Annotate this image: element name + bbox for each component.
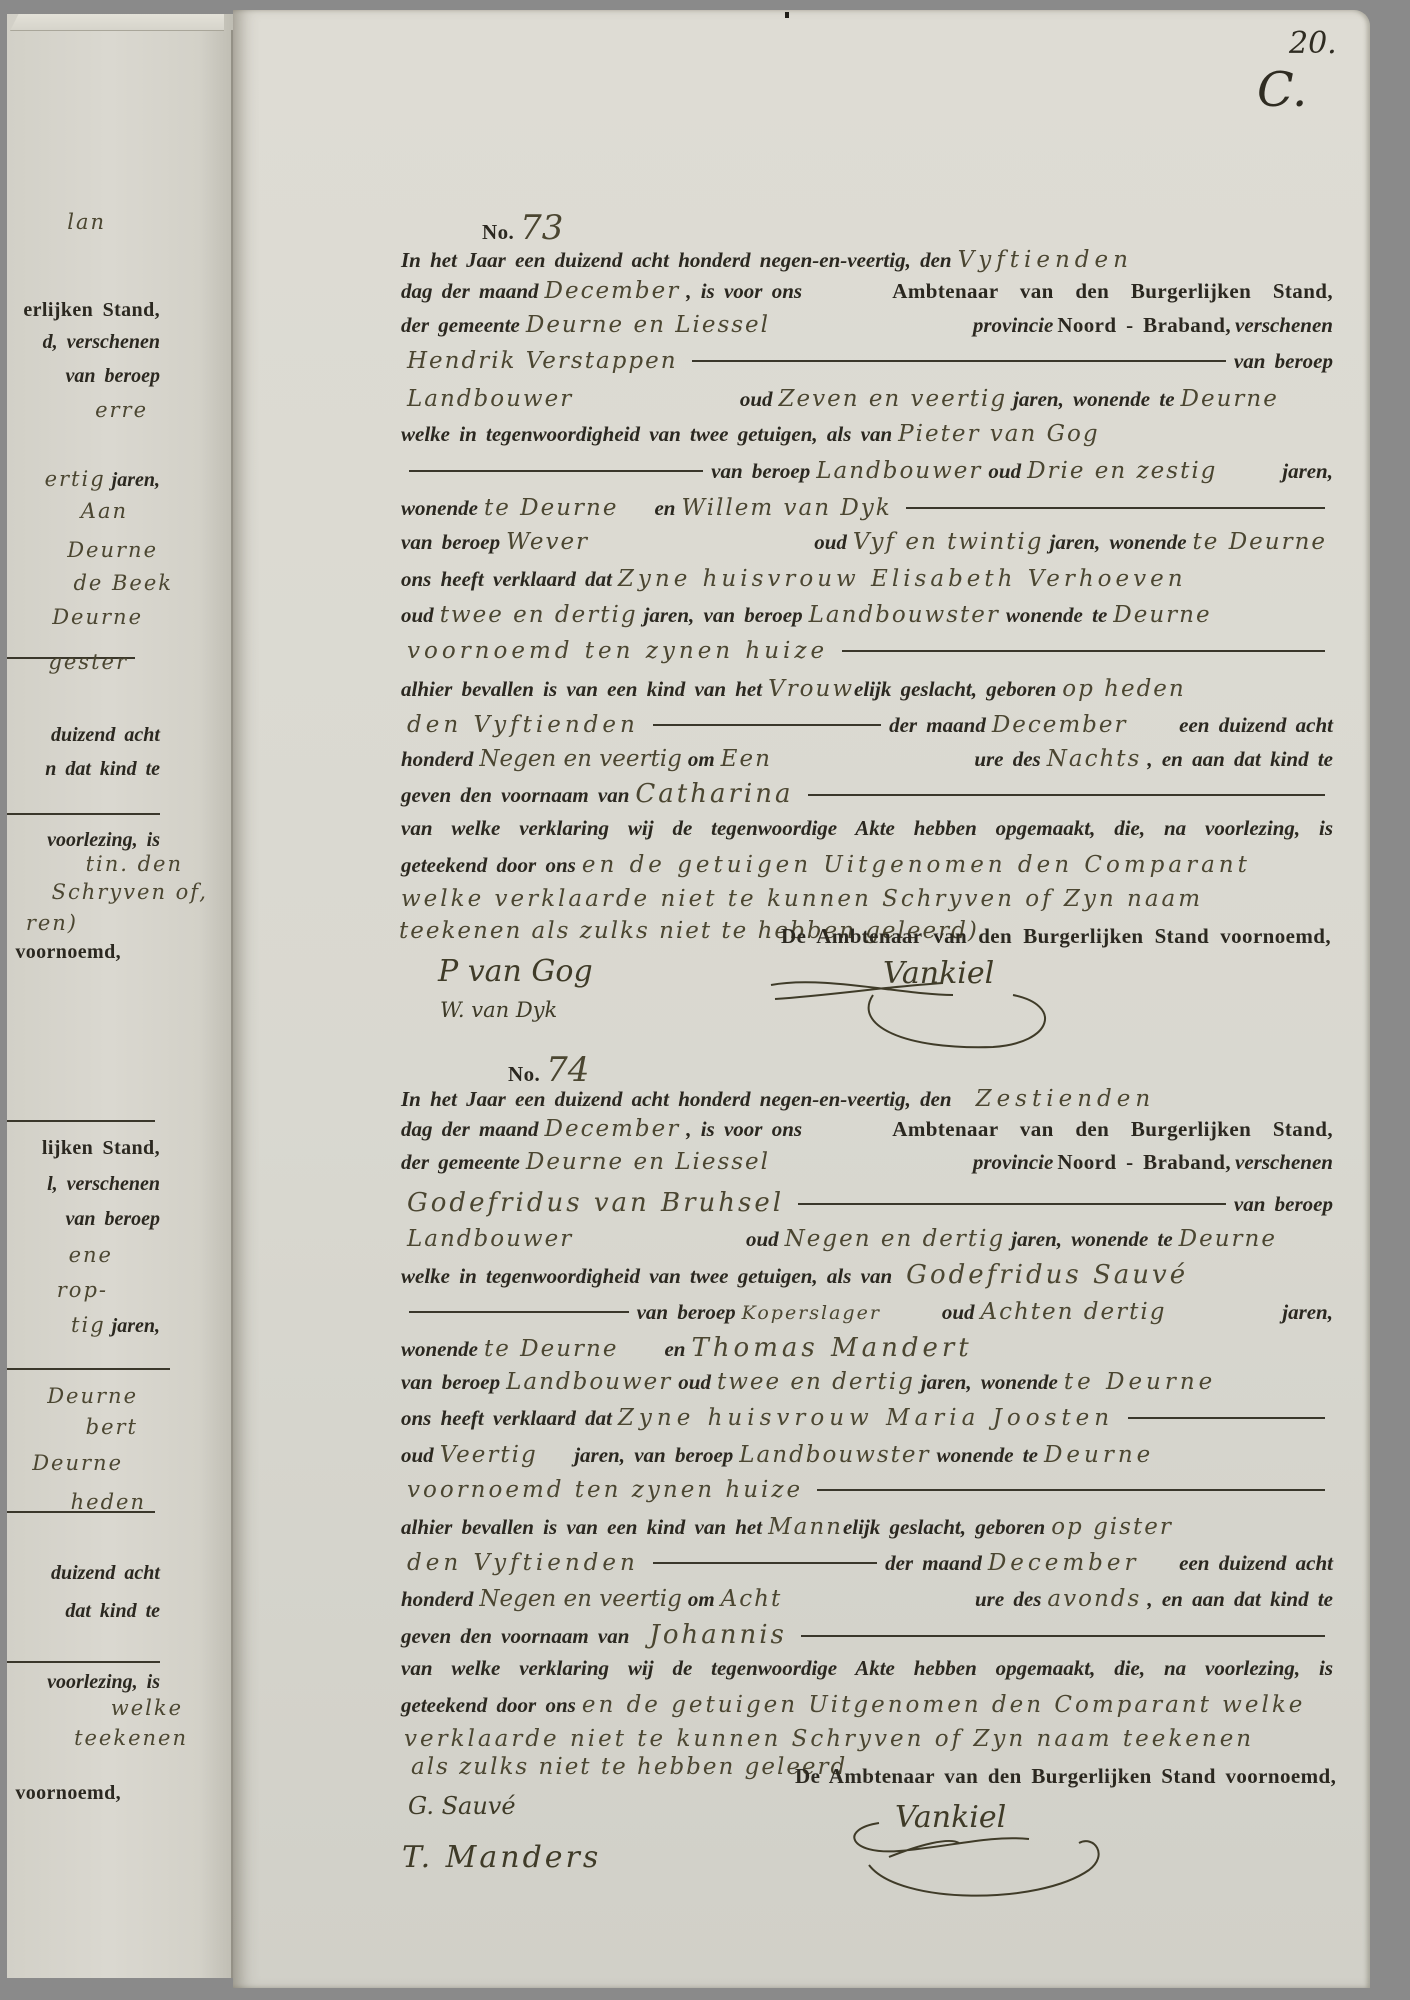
official-closing: De Ambtenaar van den Burgerlijken Stand … <box>795 1764 1336 1789</box>
signing-note: als zulks niet te hebben geleerd <box>411 1754 847 1780</box>
witness-2-age: Vyf en twintig <box>853 529 1044 555</box>
printed-fragment: voornoemd, <box>15 941 121 963</box>
fragment: teekenen <box>72 1726 190 1750</box>
printed-fragment: dat kind te <box>65 1600 160 1622</box>
act-line: van beroep Landbouwer oud Drie en zestig… <box>401 458 1333 492</box>
act-line: In het Jaar een duizend acht honderd neg… <box>401 247 1333 281</box>
printed-fragment: n dat kind te <box>45 758 160 780</box>
form-text: jaren, van beroep <box>644 603 803 628</box>
entry-day: Zestienden <box>976 1086 1156 1112</box>
form-text: ons heeft verklaard dat <box>401 1406 612 1431</box>
fragment: Deurne <box>45 1384 140 1408</box>
province-name: Noord - Braband, <box>1057 313 1231 338</box>
fragment: rop- <box>55 1278 110 1302</box>
birth-day: den Vyftienden <box>407 712 639 738</box>
form-text: dag der maand <box>401 279 539 304</box>
act-line: Godefridus van Bruhsel van beroep <box>401 1188 1333 1222</box>
form-text: jaren, wonende <box>1050 530 1187 555</box>
mother-age: Veertig <box>440 1442 538 1468</box>
form-text: jaren, van beroep <box>574 1443 733 1468</box>
birth-year: Negen en veertig <box>479 746 681 772</box>
handwritten-fragment: erre <box>95 398 148 422</box>
declarant-name: Godefridus van Bruhsel <box>407 1188 784 1218</box>
blank-rule <box>817 1489 1325 1491</box>
fragment: voornoemd, <box>15 1782 121 1805</box>
witness-2-residence: te Deurne <box>1064 1369 1216 1395</box>
birth-relative-day: op heden <box>1062 676 1185 702</box>
child-sex: Mann <box>768 1514 843 1540</box>
printed-fragment: l, verschenen <box>47 1173 160 1195</box>
handwritten-fragment: Deurne <box>67 538 158 562</box>
form-text: jaren, wonende te <box>1011 1227 1172 1252</box>
form-text: van welke verklaring wij de tegenwoordig… <box>401 816 1333 841</box>
act-line: voornoemd ten zynen huize <box>401 638 1333 672</box>
form-text: een duizend acht <box>1179 1551 1333 1576</box>
declarant-residence: Deurne <box>1181 386 1279 412</box>
form-text: om <box>688 747 715 772</box>
form-text: In het Jaar een duizend acht honderd neg… <box>401 1087 952 1112</box>
witness-1-name: Pieter van Gog <box>898 421 1099 447</box>
form-text: van beroep <box>637 1300 736 1325</box>
printed-fragment: d, verschenen <box>43 331 160 353</box>
form-text: honderd <box>401 1587 473 1612</box>
mother-occupation: Landbouwster <box>739 1442 930 1468</box>
birth-daypart: Nachts <box>1047 746 1142 772</box>
blank-rule <box>7 1368 170 1370</box>
child-name: Johannis <box>649 1620 786 1650</box>
province-name: Noord - Braband, <box>1057 1150 1231 1175</box>
form-text: welke in tegenwoordigheid van twee getui… <box>401 422 892 447</box>
birth-hour: Acht <box>721 1586 783 1612</box>
blank-rule <box>801 1635 1325 1637</box>
form-text: elijk geslacht, geboren <box>843 1515 1045 1540</box>
act-line: dag der maand December , is voor ons Amb… <box>401 1116 1333 1150</box>
previous-page: lan erlijken Stand, d, verschenen van be… <box>7 14 233 1978</box>
handwritten-fragment: teekenen <box>74 1726 188 1750</box>
act-line: als zulks niet te hebben geleerd <box>405 1754 853 1788</box>
blank-rule <box>409 470 703 472</box>
birth-hour: Een <box>721 746 772 772</box>
form-text: oud <box>814 530 847 555</box>
fragment: Deurne <box>65 538 160 562</box>
blank-rule <box>7 1120 155 1122</box>
declarant-residence: Deurne <box>1179 1226 1277 1252</box>
form-text: een duizend acht <box>1179 713 1333 738</box>
printed-fragment: erlijken Stand, <box>23 299 160 321</box>
birth-month: December <box>992 712 1128 738</box>
blank-rule <box>798 1203 1226 1205</box>
handwritten-fragment: Aan <box>81 499 128 523</box>
witness-2-age: twee en dertig <box>717 1369 915 1395</box>
form-text: oud <box>401 603 434 628</box>
form-text: ure des <box>975 1587 1041 1612</box>
form-text: der gemeente <box>401 1150 520 1175</box>
form-text: provincie <box>973 1150 1053 1175</box>
form-text: oud <box>746 1227 779 1252</box>
signature-flourish-icon <box>839 1815 1109 1910</box>
entry-month: December <box>545 278 681 304</box>
declarant-age: Negen en dertig <box>785 1226 1006 1252</box>
entry-month: December <box>545 1116 681 1142</box>
fragment: duizend acht <box>51 724 160 747</box>
act-line: ons heeft verklaard dat Zyne huisvrouw M… <box>401 1405 1333 1439</box>
birth-relative-day: op gister <box>1051 1514 1173 1540</box>
mother-name: Zyne huisvrouw Maria Joosten <box>618 1405 1114 1431</box>
witness-2-occupation: Landbouwer <box>506 1369 672 1395</box>
printed-fragment: voornoemd, <box>15 1782 121 1804</box>
register-page: 20. C. No. 73 In het Jaar een duizend ac… <box>233 10 1370 1988</box>
form-text: alhier bevallen is van een kind van het <box>401 677 762 702</box>
official-title: Ambtenaar van den Burgerlijken Stand, <box>892 279 1333 304</box>
fragment: voornoemd, <box>15 941 121 964</box>
form-text: honderd <box>401 747 473 772</box>
folio-number: 20. <box>1289 26 1337 61</box>
entry-municipality: Deurne en Liessel <box>526 312 770 338</box>
form-text: verschenen <box>1235 313 1333 338</box>
blank-rule <box>906 507 1325 509</box>
witness-signature: P van Gog <box>438 954 593 989</box>
printed-fragment: voorlezing, is <box>47 1671 160 1693</box>
birth-place: voornoemd ten zynen huize <box>407 638 828 664</box>
handwritten-fragment: tin. den <box>86 852 183 876</box>
form-text: welke in tegenwoordigheid van twee getui… <box>401 1264 892 1289</box>
handwritten-fragment: de Beek <box>73 571 173 595</box>
form-text: der gemeente <box>401 313 520 338</box>
printed-fragment: voorlezing, is <box>47 829 160 851</box>
mother-age: twee en dertig <box>440 602 638 628</box>
blank-rule <box>7 1661 160 1663</box>
handwritten-fragment: Schryven of, <box>52 880 208 904</box>
form-text: wonende te <box>937 1443 1038 1468</box>
signing-note: welke verklaarde niet te kunnen Schryven… <box>401 886 1203 912</box>
birth-day: den Vyftienden <box>407 1550 639 1576</box>
handwritten-fragment: Deurne <box>47 1384 138 1408</box>
form-text: wonende <box>401 1337 478 1362</box>
form-text: wonende te <box>1006 603 1107 628</box>
form-text: geven den voornaam van <box>401 783 629 808</box>
printed-fragment: van beroep <box>65 365 160 387</box>
official-closing-line: De Ambtenaar van den Burgerlijken Stand … <box>781 924 1331 958</box>
form-text: van beroep <box>1234 349 1333 374</box>
act-line: Hendrik Verstappen van beroep <box>401 348 1333 382</box>
fragment: d, verschenen <box>43 331 160 354</box>
act-line: van beroep Wever oud Vyf en twintig jare… <box>401 529 1333 563</box>
mother-occupation: Landbouwster <box>809 602 1000 628</box>
form-text: , is voor ons <box>686 279 802 304</box>
child-sex: Vrouw <box>768 676 854 702</box>
form-text: , en aan dat kind te <box>1147 1587 1333 1612</box>
witness-2-name: Willem van Dyk <box>681 495 891 521</box>
witness-signature: T. Manders <box>402 1840 601 1875</box>
fragment: bert <box>84 1415 140 1439</box>
form-text: en <box>664 1337 685 1362</box>
form-text: wonende <box>401 496 478 521</box>
handwritten-fragment: lan <box>67 210 106 234</box>
act-line: alhier bevallen is van een kind van het … <box>401 1514 1333 1548</box>
printed-fragment: van beroep <box>65 1208 160 1230</box>
entry-day: Vyftienden <box>958 247 1133 273</box>
fragment: ertig jaren, <box>43 467 160 492</box>
blank-rule <box>409 1311 629 1313</box>
form-text: en <box>654 496 675 521</box>
act-line: ons heeft verklaard dat Zyne huisvrouw E… <box>401 566 1333 600</box>
form-text: ure des <box>974 747 1040 772</box>
birth-month: December <box>988 1550 1140 1576</box>
witness-2-name: Thomas Mandert <box>691 1333 972 1363</box>
witness-1-name: Godefridus Sauvé <box>906 1260 1188 1290</box>
form-text: alhier bevallen is van een kind van het <box>401 1515 762 1540</box>
form-text: In het Jaar een duizend acht honderd neg… <box>401 248 952 273</box>
mother-name: Zyne huisvrouw Elisabeth Verhoeven <box>618 566 1187 592</box>
form-text: oud <box>988 459 1021 484</box>
fragment: heden <box>69 1490 148 1514</box>
number-label: No. <box>482 220 514 245</box>
handwritten-fragment: Deurne <box>52 605 143 629</box>
act-line: geven den voornaam van Catharina <box>401 779 1333 813</box>
fragment: Schryven of, <box>50 880 210 904</box>
official-closing-line: De Ambtenaar van den Burgerlijken Stand … <box>795 1764 1335 1798</box>
witness-2-occupation: Wever <box>506 529 589 555</box>
act-line: wonende te Deurne en Willem van Dyk <box>401 495 1333 529</box>
act-line: voornoemd ten zynen huize <box>401 1477 1333 1511</box>
fragment: n dat kind te <box>45 758 160 781</box>
act-line: dag der maand December , is voor ons Amb… <box>401 278 1333 312</box>
act-line: Landbouwer oud Negen en dertig jaren, wo… <box>401 1226 1333 1260</box>
birth-year: Negen en veertig <box>479 1586 681 1612</box>
printed-fragment: lijken Stand, <box>42 1137 160 1159</box>
record-number: 73 <box>520 208 563 248</box>
fragment: duizend acht <box>51 1562 160 1585</box>
handwritten-fragment: heden <box>71 1490 146 1514</box>
form-text: jaren, <box>1282 1300 1333 1325</box>
official-closing: De Ambtenaar van den Burgerlijken Stand … <box>781 924 1331 949</box>
witness-1-residence: te Deurne <box>484 1336 618 1362</box>
act-line: welke in tegenwoordigheid van twee getui… <box>401 421 1333 455</box>
blank-rule <box>1128 1417 1325 1419</box>
act-line: wonende te Deurne en Thomas Mandert <box>401 1333 1333 1367</box>
act-line: oud Veertig jaren, van beroep Landbouwst… <box>401 1442 1333 1476</box>
ink-speck <box>785 12 789 18</box>
act-line: van beroep Landbouwer oud twee en dertig… <box>401 1369 1333 1403</box>
act-line: alhier bevallen is van een kind van het … <box>401 676 1333 710</box>
declarant-age: Zeven en veertig <box>779 386 1008 412</box>
form-text: van beroep <box>401 1370 500 1395</box>
fragment: lan <box>65 210 108 234</box>
act-line: van welke verklaring wij de tegenwoordig… <box>401 1656 1333 1690</box>
handwritten-fragment: Deurne <box>32 1451 123 1475</box>
act-line: den Vyftienden der maand December een du… <box>401 712 1333 746</box>
fragment: l, verschenen <box>47 1173 160 1196</box>
printed-fragment: duizend acht <box>51 1562 160 1584</box>
stacked-page-edges <box>10 14 224 31</box>
handwritten-fragment: ertig <box>45 467 106 491</box>
witness-1-age: Achten dertig <box>981 1299 1167 1325</box>
handwritten-fragment: tig <box>71 1313 106 1337</box>
declarant-occupation: Landbouwer <box>407 386 573 412</box>
form-text: verschenen <box>1235 1150 1333 1175</box>
form-text: , en aan dat kind te <box>1147 747 1333 772</box>
fragment: dat kind te <box>65 1600 160 1623</box>
mother-residence: Deurne <box>1113 602 1211 628</box>
printed-fragment: duizend acht <box>51 724 160 746</box>
fragment: gester <box>46 650 130 674</box>
act-line: geteekend door ons en de getuigen Uitgen… <box>401 852 1333 886</box>
witness-1-residence: te Deurne <box>484 495 618 521</box>
handwritten-fragment: rop- <box>57 1278 108 1302</box>
act-line: Landbouwer oud Zeven en veertig jaren, w… <box>401 386 1333 420</box>
form-text: provincie <box>973 313 1053 338</box>
form-text: , is voor ons <box>686 1117 802 1142</box>
act-line: honderd Negen en veertig om Een ure des … <box>401 746 1333 780</box>
blank-rule <box>653 1562 877 1564</box>
act-line: van welke verklaring wij de tegenwoordig… <box>401 816 1333 850</box>
form-text: jaren, wonende te <box>1013 387 1174 412</box>
fragment: erlijken Stand, <box>23 299 160 322</box>
handwritten-fragment: ren) <box>26 911 78 935</box>
signing-note: en de getuigen Uitgenomen den Comparant … <box>582 1692 1306 1718</box>
form-text: ons heeft verklaard dat <box>401 567 612 592</box>
form-text: der maand <box>885 1551 982 1576</box>
act-line: honderd Negen en veertig om Acht ure des… <box>401 1586 1333 1620</box>
form-text: oud <box>740 387 773 412</box>
act-line: geven den voornaam van Johannis <box>401 1620 1333 1654</box>
fragment: tin. den <box>84 852 185 876</box>
declarant-occupation: Landbouwer <box>407 1226 573 1252</box>
form-text: geven den voornaam van <box>401 1624 629 1649</box>
printed-fragment: jaren, <box>112 1315 160 1337</box>
fragment: voorlezing, is <box>47 829 160 852</box>
blank-rule <box>808 794 1326 796</box>
handwritten-fragment: bert <box>86 1415 138 1439</box>
record-number-line: No. 74 <box>508 1050 595 1084</box>
act-line: geteekend door ons en de getuigen Uitgen… <box>401 1692 1361 1726</box>
fragment: erre <box>93 398 150 422</box>
blank-rule <box>692 360 1226 362</box>
form-text: oud <box>401 1443 434 1468</box>
fragment: welke <box>109 1696 185 1720</box>
handwritten-fragment: welke <box>111 1696 183 1720</box>
witness-1-age: Drie en zestig <box>1027 458 1217 484</box>
act-line: welke verklaarde niet te kunnen Schryven… <box>395 886 1327 920</box>
fragment: voorlezing, is <box>47 1671 160 1694</box>
form-text: elijk geslacht, geboren <box>854 677 1056 702</box>
entry-municipality: Deurne en Liessel <box>526 1149 770 1175</box>
signing-note: en de getuigen Uitgenomen den Comparant <box>582 852 1251 878</box>
form-text: van beroep <box>711 459 810 484</box>
birth-place: voornoemd ten zynen huize <box>407 1477 803 1503</box>
official-title: Ambtenaar van den Burgerlijken Stand, <box>892 1117 1333 1142</box>
fragment: ren) <box>24 911 80 935</box>
form-text: der maand <box>889 713 986 738</box>
form-text: om <box>688 1587 715 1612</box>
fragment: tig jaren, <box>69 1313 160 1338</box>
form-text: van welke verklaring wij de tegenwoordig… <box>401 1656 1333 1681</box>
witness-1-occupation: Landbouwer <box>816 458 982 484</box>
mother-residence: Deurne <box>1044 1442 1154 1468</box>
form-text: van beroep <box>1234 1192 1333 1217</box>
fragment: Deurne <box>30 1451 125 1475</box>
form-text: jaren, wonende <box>921 1370 1058 1395</box>
witness-2-residence: te Deurne <box>1193 529 1327 555</box>
fragment: van beroep <box>65 1208 160 1231</box>
act-line: der gemeente Deurne en Liessel provincie… <box>401 312 1333 346</box>
printed-fragment: jaren, <box>112 469 160 491</box>
fragment: ene <box>67 1243 115 1267</box>
birth-daypart: avonds <box>1047 1586 1141 1612</box>
handwritten-fragment: ene <box>69 1243 113 1267</box>
act-line: welke in tegenwoordigheid van twee getui… <box>401 1260 1333 1294</box>
blank-rule <box>842 650 1325 652</box>
form-text: geteekend door ons <box>401 853 576 878</box>
signature-flourish-icon <box>763 965 1063 1060</box>
act-line: oud twee en dertig jaren, van beroep Lan… <box>401 602 1333 636</box>
declarant-name: Hendrik Verstappen <box>407 348 678 374</box>
act-line: der gemeente Deurne en Liessel provincie… <box>401 1149 1333 1183</box>
act-line: van beroep Koperslager oud Achten dertig… <box>401 1299 1333 1333</box>
form-text: jaren, <box>1282 459 1333 484</box>
act-line: In het Jaar een duizend acht honderd neg… <box>401 1086 1333 1120</box>
act-line: den Vyftienden der maand December een du… <box>401 1550 1333 1584</box>
blank-rule <box>7 813 160 815</box>
handwritten-fragment: gester <box>48 650 128 674</box>
form-text: geteekend door ons <box>401 1693 576 1718</box>
witness-signature: W. van Dyk <box>440 998 557 1022</box>
form-text: oud <box>678 1370 711 1395</box>
form-text: dag der maand <box>401 1117 539 1142</box>
margin-mark: C. <box>1257 62 1307 118</box>
signing-note: verklaarde niet te kunnen Schryven of Zy… <box>404 1726 1254 1752</box>
record-number: 74 <box>546 1050 589 1090</box>
fragment: de Beek <box>71 571 175 595</box>
fragment: lijken Stand, <box>42 1137 160 1160</box>
witness-signature: G. Sauvé <box>408 1792 516 1820</box>
fragment: van beroep <box>65 365 160 388</box>
child-name: Catharina <box>635 779 793 809</box>
form-text: van beroep <box>401 530 500 555</box>
number-label: No. <box>508 1062 540 1087</box>
fragment: Aan <box>79 499 130 523</box>
fragment: Deurne <box>50 605 145 629</box>
record-number-line: No. 73 <box>482 208 569 242</box>
form-text: oud <box>942 1300 975 1325</box>
blank-rule <box>653 724 881 726</box>
witness-1-occupation: Koperslager <box>742 1302 881 1324</box>
